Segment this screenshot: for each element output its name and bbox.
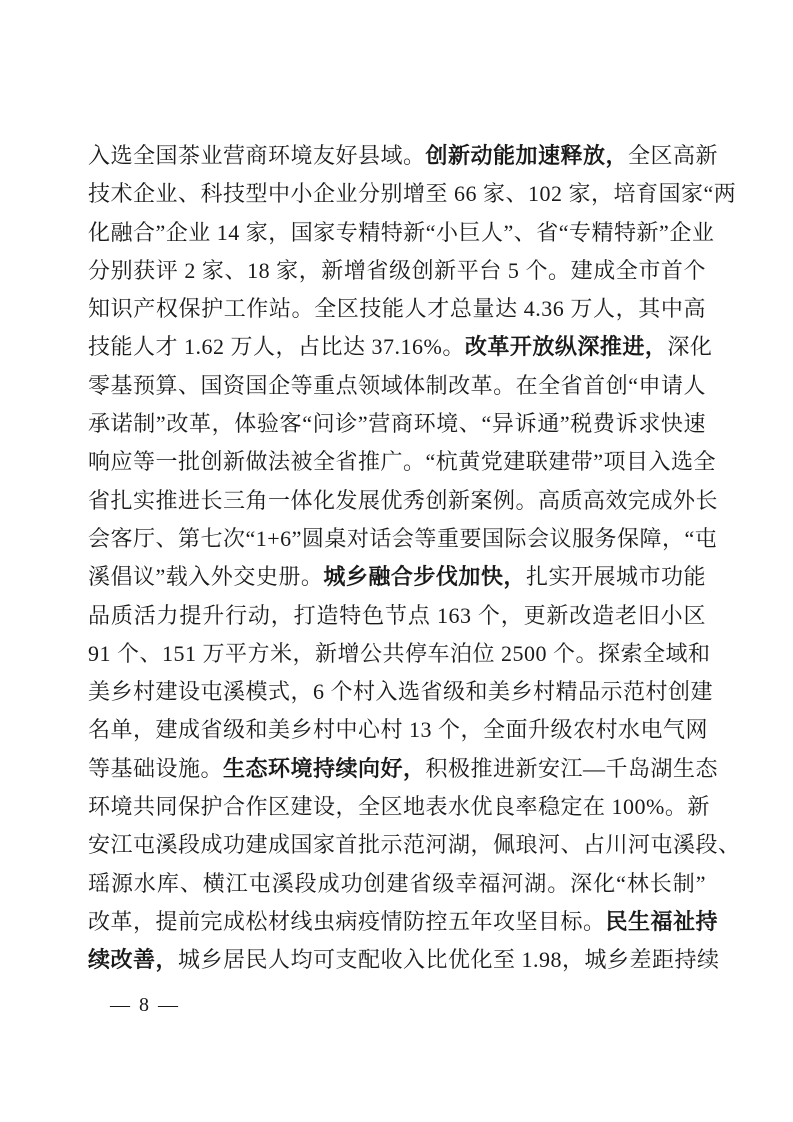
bold-text-segment: 生态环境持续向好， — [223, 756, 426, 781]
text-segment: 扎实开展城市功能 — [526, 564, 706, 589]
text-segment: 改革，提前完成松材线虫病疫情防控五年攻坚目标。 — [88, 909, 606, 934]
text-line: 溪倡议”载入外交史册。城乡融合步伐加快，扎实开展城市功能 — [88, 558, 706, 596]
text-line: 环境共同保护合作区建设，全区地表水优良率稳定在 100%。新 — [88, 788, 706, 826]
text-line: 承诺制”改革，体验客“问诊”营商环境、“异诉通”税费诉求快速 — [88, 405, 706, 443]
text-segment: 承诺制”改革，体验客“问诊”营商环境、“异诉通”税费诉求快速 — [88, 411, 706, 436]
text-segment: 城乡居民人均可支配收入比优化至 1.98，城乡差距持续 — [178, 947, 720, 972]
text-segment: 零基预算、国资国企等重点领域体制改革。在全省首创“申请人 — [88, 373, 706, 398]
text-line: 省扎实推进长三角一体化发展优秀创新案例。高质高效完成外长 — [88, 482, 706, 520]
text-line: 零基预算、国资国企等重点领域体制改革。在全省首创“申请人 — [88, 367, 706, 405]
text-segment: 91 个、151 万平方米，新增公共停车泊位 2500 个。探索全域和 — [88, 641, 711, 666]
text-line: 入选全国茶业营商环境友好县域。创新动能加速释放，全区高新 — [88, 137, 706, 175]
text-line: 续改善，城乡居民人均可支配收入比优化至 1.98，城乡差距持续 — [88, 941, 706, 979]
text-segment: 环境共同保护合作区建设，全区地表水优良率稳定在 100%。新 — [88, 794, 710, 819]
text-block: 入选全国茶业营商环境友好县域。创新动能加速释放，全区高新技术企业、科技型中小企业… — [88, 137, 706, 980]
text-segment: 会客厅、第七次“1+6”圆桌对话会等重要国际会议服务保障，“屯 — [88, 526, 717, 551]
text-segment: 名单，建成省级和美乡村中心村 13 个，全面升级农村水电气网 — [88, 717, 708, 742]
text-line: 91 个、151 万平方米，新增公共停车泊位 2500 个。探索全域和 — [88, 635, 706, 673]
bold-text-segment: 改革开放纵深推进， — [465, 334, 668, 359]
text-segment: 省扎实推进长三角一体化发展优秀创新案例。高质高效完成外长 — [88, 488, 718, 513]
text-segment: 响应等一批创新做法被全省推广。“杭黄党建联建带”项目入选全 — [88, 449, 716, 474]
text-segment: 积极推进新安江—千岛湖生态 — [426, 756, 719, 781]
text-line: 改革，提前完成松材线虫病疫情防控五年攻坚目标。民生福祉持 — [88, 903, 706, 941]
bold-text-segment: 续改善， — [88, 947, 178, 972]
text-segment: 化融合”企业 14 家，国家专精特新“小巨人”、省“专精特新”企业 — [88, 220, 714, 245]
text-line: 品质活力提升行动，打造特色节点 163 个，更新改造老旧小区 — [88, 597, 706, 635]
bold-text-segment: 民生福祉持 — [606, 909, 719, 934]
bold-text-segment: 创新动能加速释放， — [426, 143, 629, 168]
text-line: 技术企业、科技型中小企业分别增至 66 家、102 家，培育国家“两 — [88, 175, 706, 213]
text-segment: 技术企业、科技型中小企业分别增至 66 家、102 家，培育国家“两 — [88, 181, 736, 206]
page-number: — 8 — — [110, 994, 180, 1017]
text-line: 知识产权保护工作站。全区技能人才总量达 4.36 万人，其中高 — [88, 290, 706, 328]
text-line: 等基础设施。生态环境持续向好，积极推进新安江—千岛湖生态 — [88, 750, 706, 788]
text-segment: 等基础设施。 — [88, 756, 223, 781]
text-line: 安江屯溪段成功建成国家首批示范河湖，佩琅河、占川河屯溪段、 — [88, 826, 706, 864]
text-line: 瑶源水库、横江屯溪段成功创建省级幸福河湖。深化“林长制” — [88, 865, 706, 903]
text-segment: 瑶源水库、横江屯溪段成功创建省级幸福河湖。深化“林长制” — [88, 871, 706, 896]
document-page: 入选全国茶业营商环境友好县域。创新动能加速释放，全区高新技术企业、科技型中小企业… — [0, 0, 793, 1122]
text-segment: 品质活力提升行动，打造特色节点 163 个，更新改造老旧小区 — [88, 603, 706, 628]
text-line: 美乡村建设屯溪模式，6 个村入选省级和美乡村精品示范村创建 — [88, 673, 706, 711]
text-segment: 深化 — [667, 334, 712, 359]
text-segment: 入选全国茶业营商环境友好县域。 — [88, 143, 426, 168]
text-segment: 全区高新 — [628, 143, 718, 168]
text-segment: 知识产权保护工作站。全区技能人才总量达 4.36 万人，其中高 — [88, 296, 706, 321]
text-segment: 分别获评 2 家、18 家，新增省级创新平台 5 个。建成全市首个 — [88, 258, 706, 283]
text-line: 会客厅、第七次“1+6”圆桌对话会等重要国际会议服务保障，“屯 — [88, 520, 706, 558]
text-line: 化融合”企业 14 家，国家专精特新“小巨人”、省“专精特新”企业 — [88, 214, 706, 252]
text-line: 响应等一批创新做法被全省推广。“杭黄党建联建带”项目入选全 — [88, 443, 706, 481]
text-segment: 美乡村建设屯溪模式，6 个村入选省级和美乡村精品示范村创建 — [88, 679, 713, 704]
text-segment: 技能人才 1.62 万人，占比达 37.16%。 — [88, 334, 465, 359]
bold-text-segment: 城乡融合步伐加快， — [323, 564, 526, 589]
text-line: 名单，建成省级和美乡村中心村 13 个，全面升级农村水电气网 — [88, 711, 706, 749]
text-segment: 溪倡议”载入外交史册。 — [88, 564, 323, 589]
text-line: 分别获评 2 家、18 家，新增省级创新平台 5 个。建成全市首个 — [88, 252, 706, 290]
text-line: 技能人才 1.62 万人，占比达 37.16%。改革开放纵深推进，深化 — [88, 328, 706, 366]
text-segment: 安江屯溪段成功建成国家首批示范河湖，佩琅河、占川河屯溪段、 — [88, 832, 741, 857]
